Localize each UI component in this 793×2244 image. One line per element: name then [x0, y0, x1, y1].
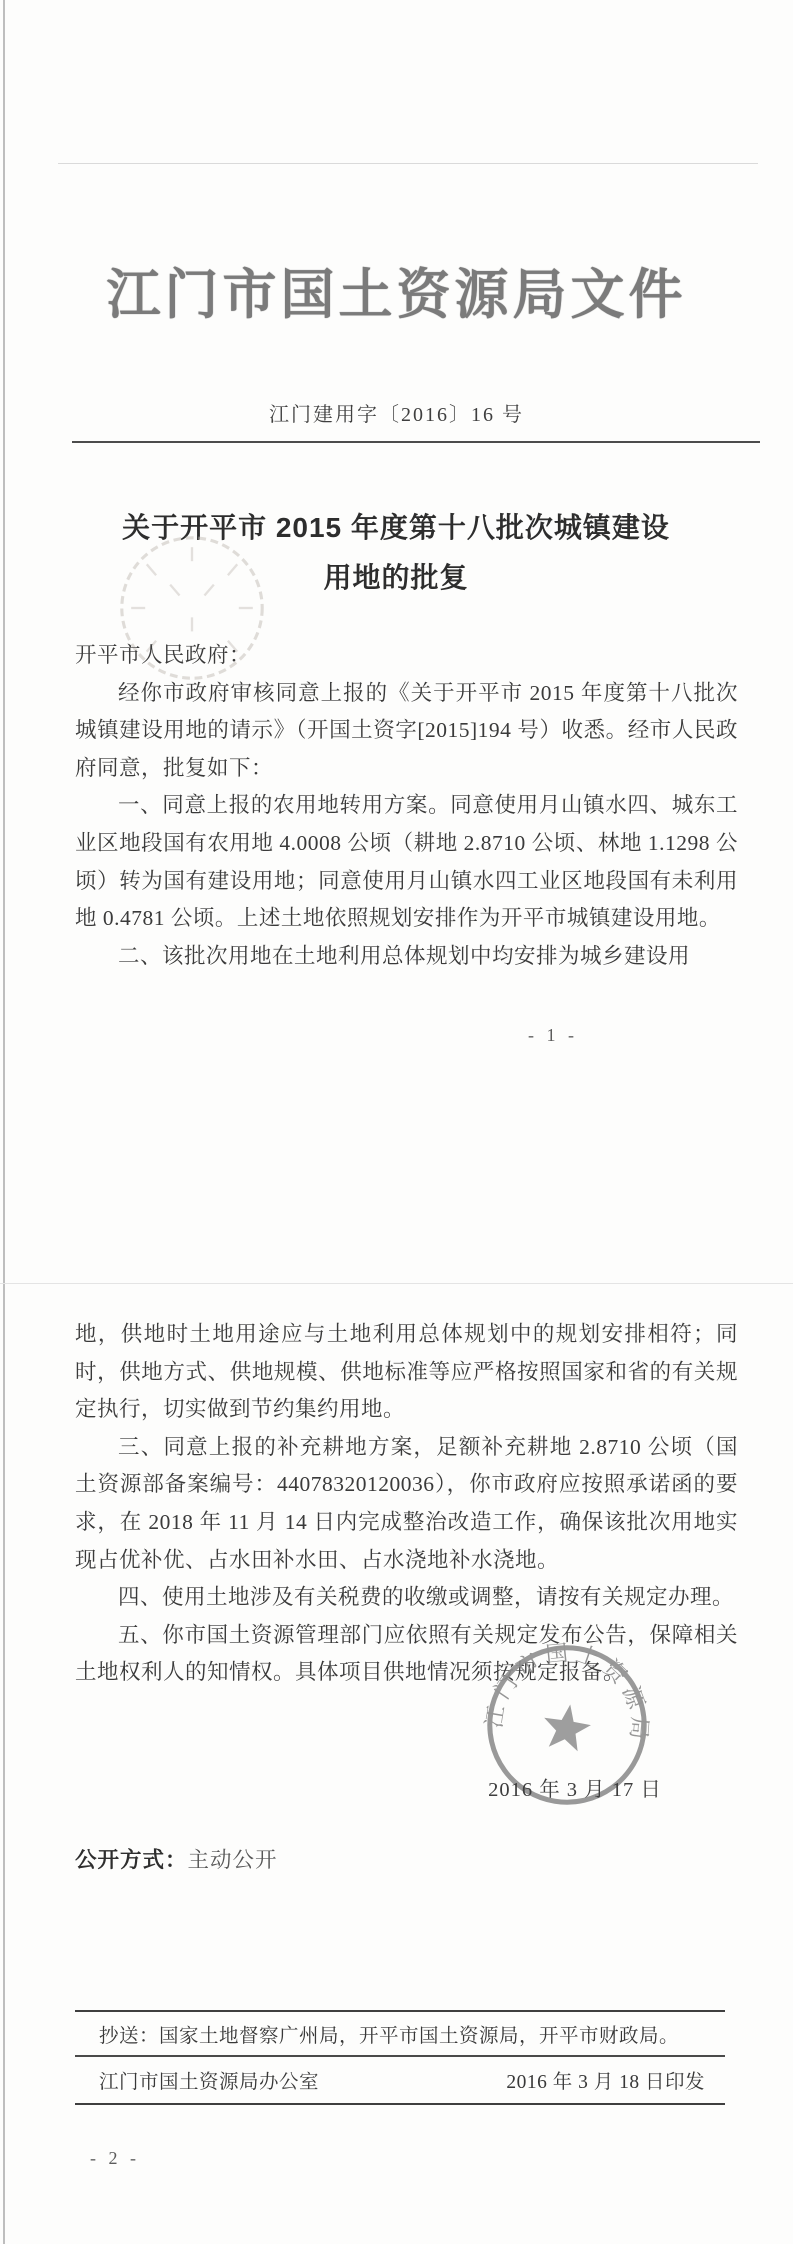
- footer-office: 江门市国土资源局办公室: [99, 2066, 319, 2094]
- page-separator-line: [0, 1283, 793, 1284]
- scan-edge-line: [3, 0, 5, 2244]
- header-rule: [72, 441, 760, 443]
- body-paragraph: 一、同意上报的农用地转用方案。同意使用月山镇水四、城东工业区地段国有农用地 4.…: [75, 787, 738, 937]
- footer-cc-row: 抄送：国家土地督察广州局，开平市国土资源局，开平市财政局。: [75, 2012, 725, 2055]
- body-paragraph: 二、该批次用地在土地利用总体规划中均安排为城乡建设用: [75, 938, 738, 976]
- footer-rule-bottom: [75, 2103, 725, 2105]
- scanned-document-page: 江门市国土资源局文件 江门建用字〔2016〕16 号 关于开平市 2015 年度…: [0, 0, 793, 2244]
- salutation: 开平市人民政府：: [75, 637, 738, 675]
- publicity-label: 公开方式：: [75, 1848, 188, 1872]
- footer-office-row: 江门市国土资源局办公室 2016 年 3 月 18 日印发: [75, 2057, 725, 2103]
- seal-star-icon: [540, 1701, 594, 1753]
- footer-cc-label: 抄送：: [99, 2026, 159, 2047]
- page-number-2: - 2 -: [90, 2148, 140, 2169]
- publicity-line: 公开方式：主动公开: [75, 1843, 278, 1874]
- agency-header: 江门市国土资源局文件: [0, 252, 793, 329]
- document-title-line1: 关于开平市 2015 年度第十八批次城镇建设: [122, 512, 670, 543]
- body-paragraph: 四、使用土地涉及有关税费的收缴或调整，请按有关规定办理。: [75, 1579, 738, 1617]
- document-footer: 抄送：国家土地督察广州局，开平市国土资源局，开平市财政局。 江门市国土资源局办公…: [75, 2010, 725, 2105]
- body-page1: 开平市人民政府： 经你市政府审核同意上报的《关于开平市 2015 年度第十八批次…: [75, 637, 738, 975]
- sign-date: 2016 年 3 月 17 日: [455, 1772, 695, 1802]
- document-title: 关于开平市 2015 年度第十八批次城镇建设 用地的批复: [66, 503, 726, 603]
- body-paragraph: 经你市政府审核同意上报的《关于开平市 2015 年度第十八批次城镇建设用地的请示…: [75, 675, 738, 788]
- body-paragraph: 地，供地时土地用途应与土地利用总体规划中的规划安排相符；同时，供地方式、供地规模…: [75, 1316, 738, 1429]
- body-paragraph: 三、同意上报的补充耕地方案，足额补充耕地 2.8710 公顷（国土资源部备案编号…: [75, 1429, 738, 1579]
- footer-print-date: 2016 年 3 月 18 日印发: [506, 2066, 721, 2094]
- publicity-value: 主动公开: [188, 1848, 278, 1872]
- body-page2: 地，供地时土地用途应与土地利用总体规划中的规划安排相符；同时，供地方式、供地规模…: [75, 1316, 738, 1692]
- page-number-1: - 1 -: [528, 1025, 578, 1046]
- scan-artifact-line: [58, 163, 758, 164]
- doc-number: 江门建用字〔2016〕16 号: [0, 398, 793, 427]
- document-title-line2: 用地的批复: [323, 562, 468, 593]
- footer-cc-value: 国家土地督察广州局，开平市国土资源局，开平市财政局。: [159, 2026, 679, 2047]
